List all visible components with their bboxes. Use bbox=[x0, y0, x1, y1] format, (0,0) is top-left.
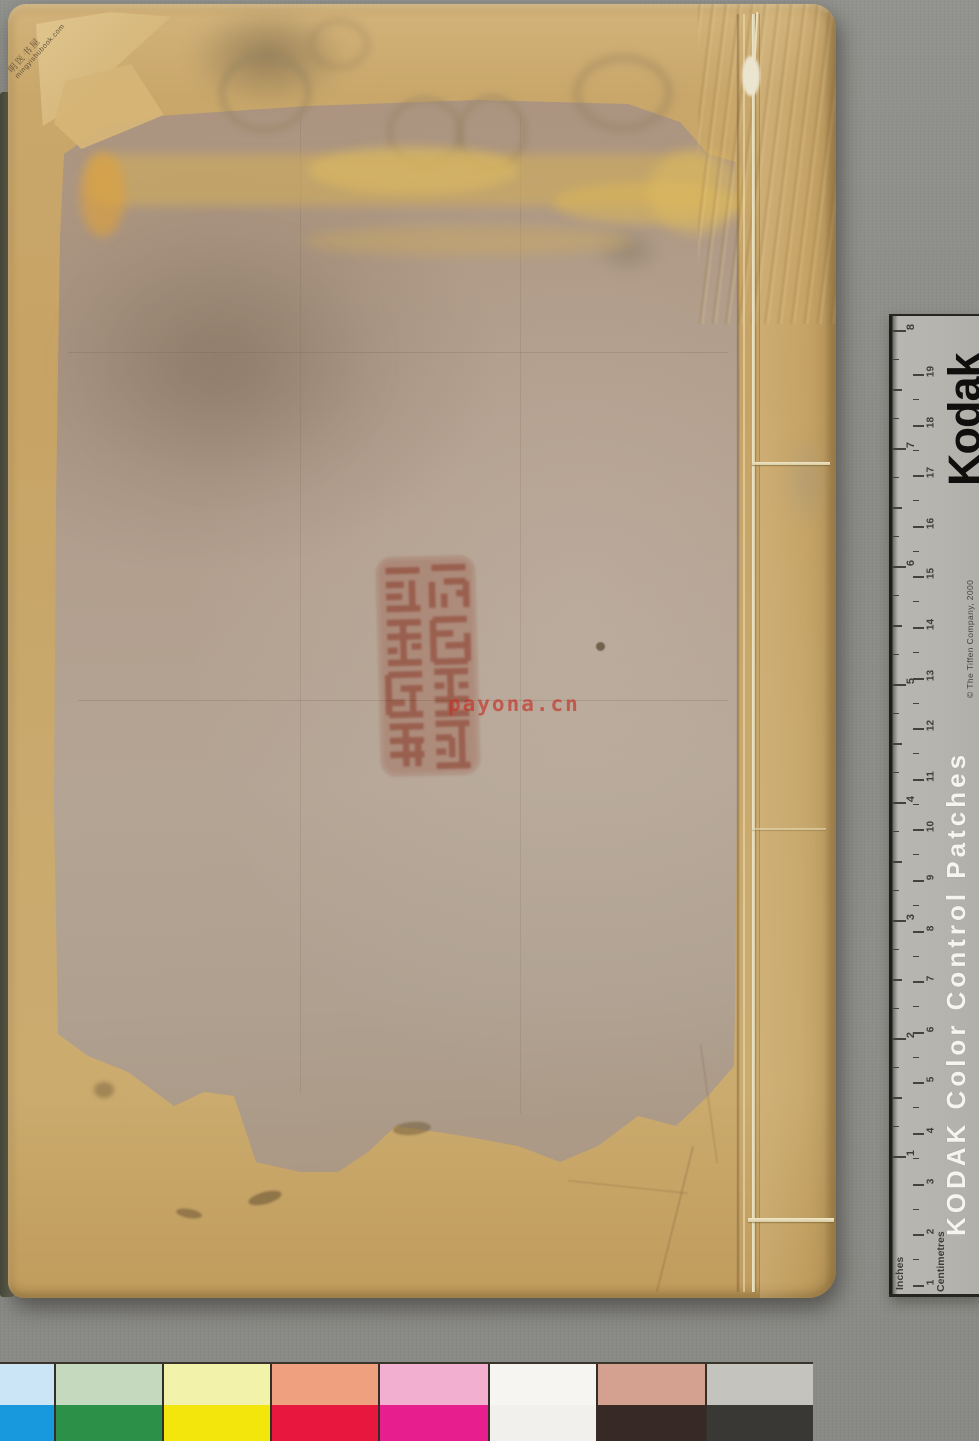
center-watermark-text: payona.cn bbox=[448, 692, 580, 716]
color-patch-top bbox=[56, 1364, 162, 1405]
ruler-cm-halftick bbox=[913, 956, 919, 957]
binding-thread-horizontal bbox=[752, 462, 830, 465]
archival-photo: payona.cn 明医书屋 mingyishubook.com 8765432… bbox=[0, 0, 979, 1441]
red-seal-stamp bbox=[373, 553, 483, 780]
stain-mark bbox=[175, 1207, 202, 1220]
ruler-cm-halftick bbox=[913, 1107, 919, 1108]
ruler-cm-number: 9 bbox=[926, 870, 937, 886]
ruler-inch-halftick bbox=[893, 1097, 902, 1099]
color-patch-brown bbox=[596, 1364, 705, 1441]
ruler-inch-number: 4 bbox=[905, 790, 917, 808]
ruler-cm-halftick bbox=[913, 703, 919, 704]
color-patch-magenta bbox=[378, 1364, 488, 1441]
ruler-inch-quartertick bbox=[893, 477, 899, 478]
ruler-cm-number: 19 bbox=[926, 364, 937, 380]
color-patch-yellow bbox=[162, 1364, 270, 1441]
ruler-cm-halftick bbox=[913, 1259, 919, 1260]
ruler-inch-quartertick bbox=[893, 418, 899, 419]
ruler-inch-number: 5 bbox=[905, 672, 917, 690]
ruler-cm-tick bbox=[913, 678, 924, 680]
ruler-cm-number: 12 bbox=[926, 718, 937, 734]
ruler-cm-halftick bbox=[913, 652, 919, 653]
color-patch-green bbox=[54, 1364, 162, 1441]
ruler-cm-halftick bbox=[913, 551, 919, 552]
ruler-inch-quartertick bbox=[893, 1126, 899, 1127]
ruler-inch-number: 2 bbox=[905, 1026, 917, 1044]
stain-ring bbox=[308, 18, 370, 70]
ruler-inch-halftick bbox=[893, 743, 902, 745]
ruler-cm-tick bbox=[913, 526, 924, 528]
color-patch-bottom bbox=[707, 1405, 813, 1441]
ruler-cm-tick bbox=[913, 1285, 924, 1287]
ruler-cm-number: 6 bbox=[926, 1021, 937, 1037]
binding-thread-horizontal bbox=[752, 828, 826, 830]
ruler-inch-halftick bbox=[893, 979, 902, 981]
ruler-cm-tick bbox=[913, 627, 924, 629]
ruler-cm-tick bbox=[913, 779, 924, 781]
ruler-copyright-text: © The Tiffen Company, 2000 bbox=[965, 580, 975, 698]
cover-seam bbox=[520, 114, 521, 1114]
ruler-cm-number: 8 bbox=[926, 920, 937, 936]
ruler-cm-halftick bbox=[913, 399, 919, 400]
ruler-cm-halftick bbox=[913, 1057, 919, 1058]
color-patch-top bbox=[272, 1364, 378, 1405]
ruler-cm-number: 3 bbox=[926, 1173, 937, 1189]
color-patch-blue bbox=[0, 1364, 54, 1441]
ruler-cm-halftick bbox=[913, 753, 919, 754]
ruler-cm-tick bbox=[913, 728, 924, 730]
spine-fold-line bbox=[737, 14, 739, 1292]
ruler-inch-number: 7 bbox=[905, 436, 917, 454]
ruler-cm-tick bbox=[913, 425, 924, 427]
ruler-cm-tick bbox=[913, 880, 924, 882]
ruler-cm-tick bbox=[913, 1184, 924, 1186]
ruler-cm-number: 10 bbox=[926, 819, 937, 835]
color-patch-top bbox=[380, 1364, 488, 1405]
stain-mark bbox=[94, 1082, 114, 1098]
ruler-cm-tick bbox=[913, 981, 924, 983]
ruler-cm-halftick bbox=[913, 1158, 919, 1159]
ruler-inch-number: 6 bbox=[905, 554, 917, 572]
color-patch-top bbox=[164, 1364, 270, 1405]
color-patch-bottom bbox=[164, 1405, 270, 1441]
ruler-cm-tick bbox=[913, 576, 924, 578]
ruler-cm-halftick bbox=[913, 500, 919, 501]
ruler-cm-tick bbox=[913, 1032, 924, 1034]
ruler-cm-number: 13 bbox=[926, 667, 937, 683]
color-patch-top bbox=[0, 1364, 54, 1405]
book-cover: payona.cn 明医书屋 mingyishubook.com bbox=[8, 4, 836, 1298]
color-patch-bottom bbox=[272, 1405, 378, 1441]
ruler-inch-quartertick bbox=[893, 595, 899, 596]
color-patch-gray bbox=[705, 1364, 813, 1441]
color-patch-bottom bbox=[0, 1405, 54, 1441]
ruler-cm-tick bbox=[913, 475, 924, 477]
ruler-cm-tick bbox=[913, 1133, 924, 1135]
ruler-inch-quartertick bbox=[893, 536, 899, 537]
spine-fold-highlight bbox=[743, 14, 745, 1292]
ruler-cm-tick bbox=[913, 931, 924, 933]
ruler-cm-number: 16 bbox=[926, 515, 937, 531]
page-edge bbox=[824, 12, 836, 1294]
color-patch-top bbox=[707, 1364, 813, 1405]
ruler-inch-halftick bbox=[893, 389, 902, 391]
ruler-cm-halftick bbox=[913, 905, 919, 906]
ruler-inches-label: Inches bbox=[894, 1257, 906, 1290]
crease-line bbox=[568, 1180, 688, 1195]
ruler-cm-tick bbox=[913, 374, 924, 376]
ruler-inch-number: 1 bbox=[905, 1144, 917, 1162]
crease-line bbox=[656, 1146, 694, 1292]
ruler-cm-halftick bbox=[913, 1209, 919, 1210]
stain-mark bbox=[247, 1188, 283, 1208]
ruler-cm-number: 14 bbox=[926, 617, 937, 633]
ruler-cm-tick bbox=[913, 1082, 924, 1084]
ruler-title-text: KODAK Color Control Patches bbox=[941, 751, 972, 1236]
color-patch-top bbox=[598, 1364, 705, 1405]
wrinkled-paper-texture bbox=[698, 4, 836, 324]
stain-dark-smudge bbox=[188, 6, 348, 106]
color-patch-white bbox=[488, 1364, 596, 1441]
color-patch-bottom bbox=[598, 1405, 705, 1441]
ruler-cm-number: 18 bbox=[926, 414, 937, 430]
ruler-cm-halftick bbox=[913, 601, 919, 602]
ruler-inch-quartertick bbox=[893, 1008, 899, 1009]
ruler-cm-number: 7 bbox=[926, 971, 937, 987]
ruler-inch-quartertick bbox=[893, 831, 899, 832]
kodak-logo: Kodak bbox=[939, 353, 979, 486]
ruler-centimetres-label: Centimetres bbox=[935, 1231, 947, 1292]
ruler-cm-tick bbox=[913, 1234, 924, 1236]
color-patch-bottom bbox=[56, 1405, 162, 1441]
ruler-inch-quartertick bbox=[893, 713, 899, 714]
ruler-cm-halftick bbox=[913, 804, 919, 805]
ruler-inch-quartertick bbox=[893, 654, 899, 655]
color-patch-bottom bbox=[380, 1405, 488, 1441]
kodak-ruler: 8765432119181716151413121110987654321 Ko… bbox=[889, 314, 979, 1297]
color-patch-bottom bbox=[490, 1405, 596, 1441]
ruler-cm-number: 4 bbox=[926, 1123, 937, 1139]
color-bar bbox=[0, 1362, 813, 1441]
ruler-inch-halftick bbox=[893, 625, 902, 627]
ruler-inch-number: 8 bbox=[905, 318, 917, 336]
color-patch-red bbox=[270, 1364, 378, 1441]
cover-seam bbox=[68, 352, 728, 353]
color-patch-top bbox=[490, 1364, 596, 1405]
ruler-cm-halftick bbox=[913, 854, 919, 855]
ruler-cm-halftick bbox=[913, 450, 919, 451]
ruler-cm-tick bbox=[913, 829, 924, 831]
ruler-inch-quartertick bbox=[893, 949, 899, 950]
ruler-inch-halftick bbox=[893, 507, 902, 509]
cover-seam bbox=[300, 114, 301, 1094]
ruler-inch-quartertick bbox=[893, 1067, 899, 1068]
ruler-inch-halftick bbox=[893, 861, 902, 863]
spine-fold-line bbox=[759, 14, 760, 1292]
ruler-inch-number: 3 bbox=[905, 908, 917, 926]
ruler-cm-number: 11 bbox=[926, 768, 937, 784]
binding-thread-vertical bbox=[752, 14, 755, 1292]
ruler-cm-number: 17 bbox=[926, 465, 937, 481]
ruler-cm-number: 5 bbox=[926, 1072, 937, 1088]
ruler-inch-quartertick bbox=[893, 890, 899, 891]
ruler-cm-number: 15 bbox=[926, 566, 937, 582]
ruler-inch-quartertick bbox=[893, 772, 899, 773]
binding-thread-horizontal bbox=[748, 1218, 834, 1222]
ruler-inch-quartertick bbox=[893, 359, 899, 360]
ruler-cm-halftick bbox=[913, 1006, 919, 1007]
